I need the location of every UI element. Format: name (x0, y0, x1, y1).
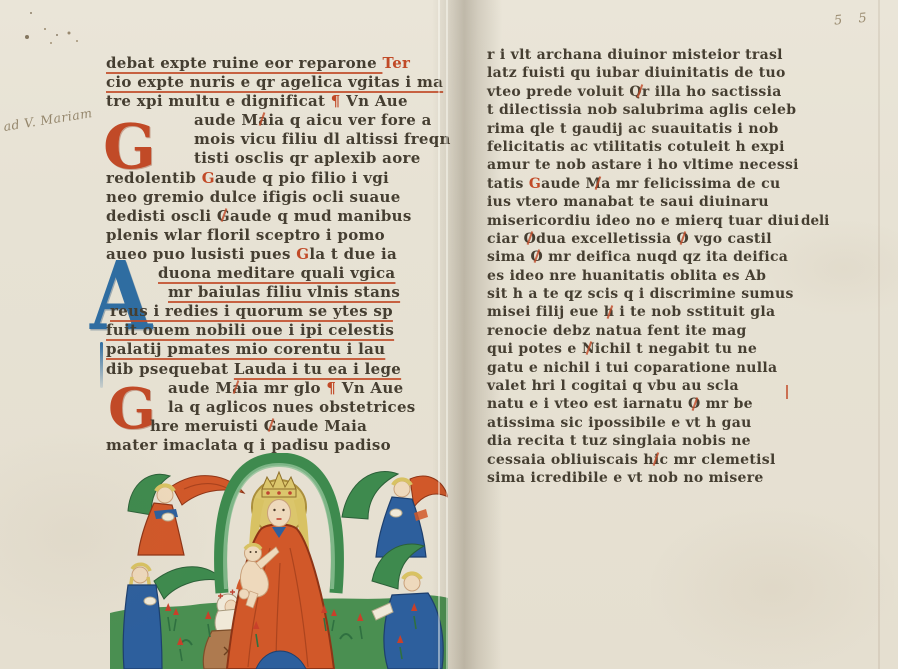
text-line: t dilectissia nob salubrima aglis celeb (487, 101, 847, 119)
text-line: dedisti oscli Gaude q mud manibus (106, 207, 446, 226)
text-line: rima qle t gaudij ac suauitatis i nob (487, 120, 847, 138)
marginal-note: ad V. Mariam (2, 105, 93, 134)
manuscript-spread: ad V. Mariam G A G debat expte ruine eor… (0, 0, 898, 669)
page-edge-line (446, 0, 448, 669)
text-line: plenis wlar floril sceptro i pomo (106, 226, 446, 245)
text-line: tatis Gaude Ma mr felicissima de cu (487, 175, 847, 193)
text-line: dib psequebat Lauda i tu ea i lege (106, 360, 446, 379)
initial-A-flourish (100, 342, 103, 388)
text-line: sima icredibile e vt nob no misere (487, 469, 847, 487)
text-line: qui potes e Nichil t negabit tu ne (487, 340, 847, 358)
text-line: misericordiu ideo no e mierq tuar diui (487, 212, 847, 230)
virgin-mary-figure (221, 459, 338, 669)
text-line: cio expte nuris e qr agelica vgitas i ma (106, 73, 446, 92)
text-line: sima O mr deifica nuqd qz ita deifica (487, 248, 847, 266)
text-line: mois vicu filiu dl altissi freqn (106, 130, 446, 149)
ink-specks (30, 12, 32, 14)
text-line: valet hri l cogitai q vbu au scla (487, 377, 847, 395)
red-margin-tick (786, 385, 788, 399)
folio-number: 5 5 (833, 10, 873, 28)
text-line: tre xpi multu e dignificat ¶ Vn Aue (106, 92, 446, 111)
text-line: redolentib Gaude q pio filio i vgi (106, 169, 446, 188)
text-line: tisti osclis qr aplexib aore (106, 149, 446, 168)
text-line: atissima sic ipossibile e vt h gau (487, 414, 847, 432)
text-line: aude Maia q aicu ver fore a (106, 111, 446, 130)
text-line: es ideo nre huanitatis oblita es Ab (487, 267, 847, 285)
text-line: cessaia obliuiscais hic mr clemetisl (487, 451, 847, 469)
text-line: vteo prede voluit Qr illa ho sactissia (487, 83, 847, 101)
text-line: aueo puo lusisti pues Gla t due ia (106, 245, 446, 264)
page-edge-line (438, 0, 440, 669)
right-page-text: r i vlt archana diuinor misteior traslla… (487, 46, 847, 487)
text-line: fuit ouem nobili oue i ipi celestis (106, 321, 446, 340)
text-line: renocie debz natua fent ite mag (487, 322, 847, 340)
text-line: debat expte ruine eor reparone Ter (106, 54, 446, 73)
left-page-text: debat expte ruine eor reparone Tercio ex… (106, 54, 446, 455)
text-line: palatij pmates mio corentu i lau (106, 340, 446, 359)
text-line: sit h a te qz scis q i discrimine sumus (487, 285, 847, 303)
text-line: ius vtero manabat te saui diuinaru (487, 193, 847, 211)
text-line: amur te nob astare i ho vltime necessi (487, 156, 847, 174)
miniature-virgin-and-child (110, 453, 448, 669)
text-line: reus i redies i quorum se ytes sp (106, 302, 446, 321)
text-line: latz fuisti qu iubar diuinitatis de tuo (487, 64, 847, 82)
text-line: duona meditare quali vgica (106, 264, 446, 283)
margin-overflow-word: deli (801, 213, 829, 229)
text-line: r i vlt archana diuinor misteior trasl (487, 46, 847, 64)
text-line: felicitatis ac vtilitatis cotuleit h exp… (487, 138, 847, 156)
text-line: dia recita t tuz singlaia nobis ne (487, 432, 847, 450)
text-line: gatu e nichil i tui coparatione nulla (487, 359, 847, 377)
text-line: neo gremio dulce ifigis ocli suaue (106, 188, 446, 207)
text-line: la q aglicos nues obstetrices (106, 398, 446, 417)
page-crease (878, 0, 880, 669)
text-line: ciar Odua excelletissia O vgo castil (487, 230, 847, 248)
text-line: hre meruisti Gaude Maia (106, 417, 446, 436)
text-line: natu e i vteo est iarnatu O mr be (487, 395, 847, 413)
text-line: misei filij eue h i te nob sstituit gla (487, 303, 847, 321)
text-line: aude Maia mr glo ¶ Vn Aue (106, 379, 446, 398)
text-line: mr baiulas filiu vlnis stans (106, 283, 446, 302)
